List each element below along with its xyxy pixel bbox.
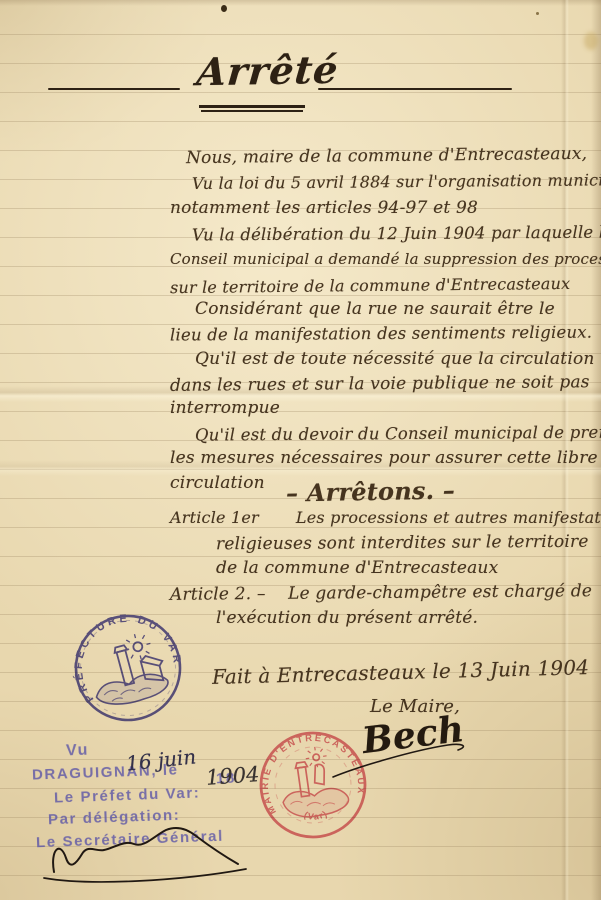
title-underline — [201, 110, 303, 112]
body-line: notamment les articles 94-97 et 98 — [170, 198, 478, 218]
body-line: dans les rues et sur la voie publique ne… — [170, 372, 590, 396]
visa-vu: Vu — [66, 742, 90, 761]
body-line: l'exécution du présent arrêté. — [216, 608, 478, 628]
body-line: religieuses sont interdites sur le terri… — [216, 532, 589, 555]
body-line: Qu'il est de toute nécessité que la circ… — [195, 349, 595, 369]
paper-edge-top — [0, 0, 601, 6]
body-line: circulation — [170, 473, 265, 493]
body-line: Considérant que la rue ne saurait être l… — [195, 299, 555, 319]
title-flourish-left — [48, 88, 180, 90]
handwritten-year: 1904 — [205, 762, 260, 790]
title-underline — [199, 105, 305, 108]
body-line: Qu'il est du devoir du Conseil municipal… — [195, 422, 601, 444]
body-line: Nous, maire de la commune d'Entrecasteau… — [186, 144, 587, 168]
body-line: les mesures nécessaires pour assurer cet… — [170, 448, 598, 468]
prefecture-round-stamp: PRÉFECTURE DU VAR — [70, 610, 186, 726]
body-line: de la commune d'Entrecasteaux — [216, 558, 498, 578]
mairie-round-stamp: MAIRIE D'ENTRECASTEAUX (Var) — [256, 728, 370, 842]
body-line: Vu la délibération du 12 Juin 1904 par l… — [192, 223, 601, 245]
body-line: Conseil municipal a demandé la suppressi… — [170, 250, 601, 268]
arretons-heading: – Arrêtons. – — [286, 476, 455, 508]
title-flourish-right — [318, 88, 512, 90]
body-line: Vu la loi du 5 avril 1884 sur l'organisa… — [192, 170, 601, 193]
ink-speck — [221, 5, 227, 12]
scanned-document: Arrêté Nous, maire de la commune d'Entre… — [0, 0, 601, 900]
body-line: interrompue — [170, 398, 280, 418]
body-line: Article 2. – Le garde-champêtre est char… — [170, 581, 592, 605]
ink-speck — [536, 12, 539, 15]
body-line: lieu de la manifestation des sentiments … — [170, 323, 592, 345]
paper-stain — [584, 32, 598, 50]
body-line: Article 1er Les processions et autres ma… — [170, 508, 601, 527]
